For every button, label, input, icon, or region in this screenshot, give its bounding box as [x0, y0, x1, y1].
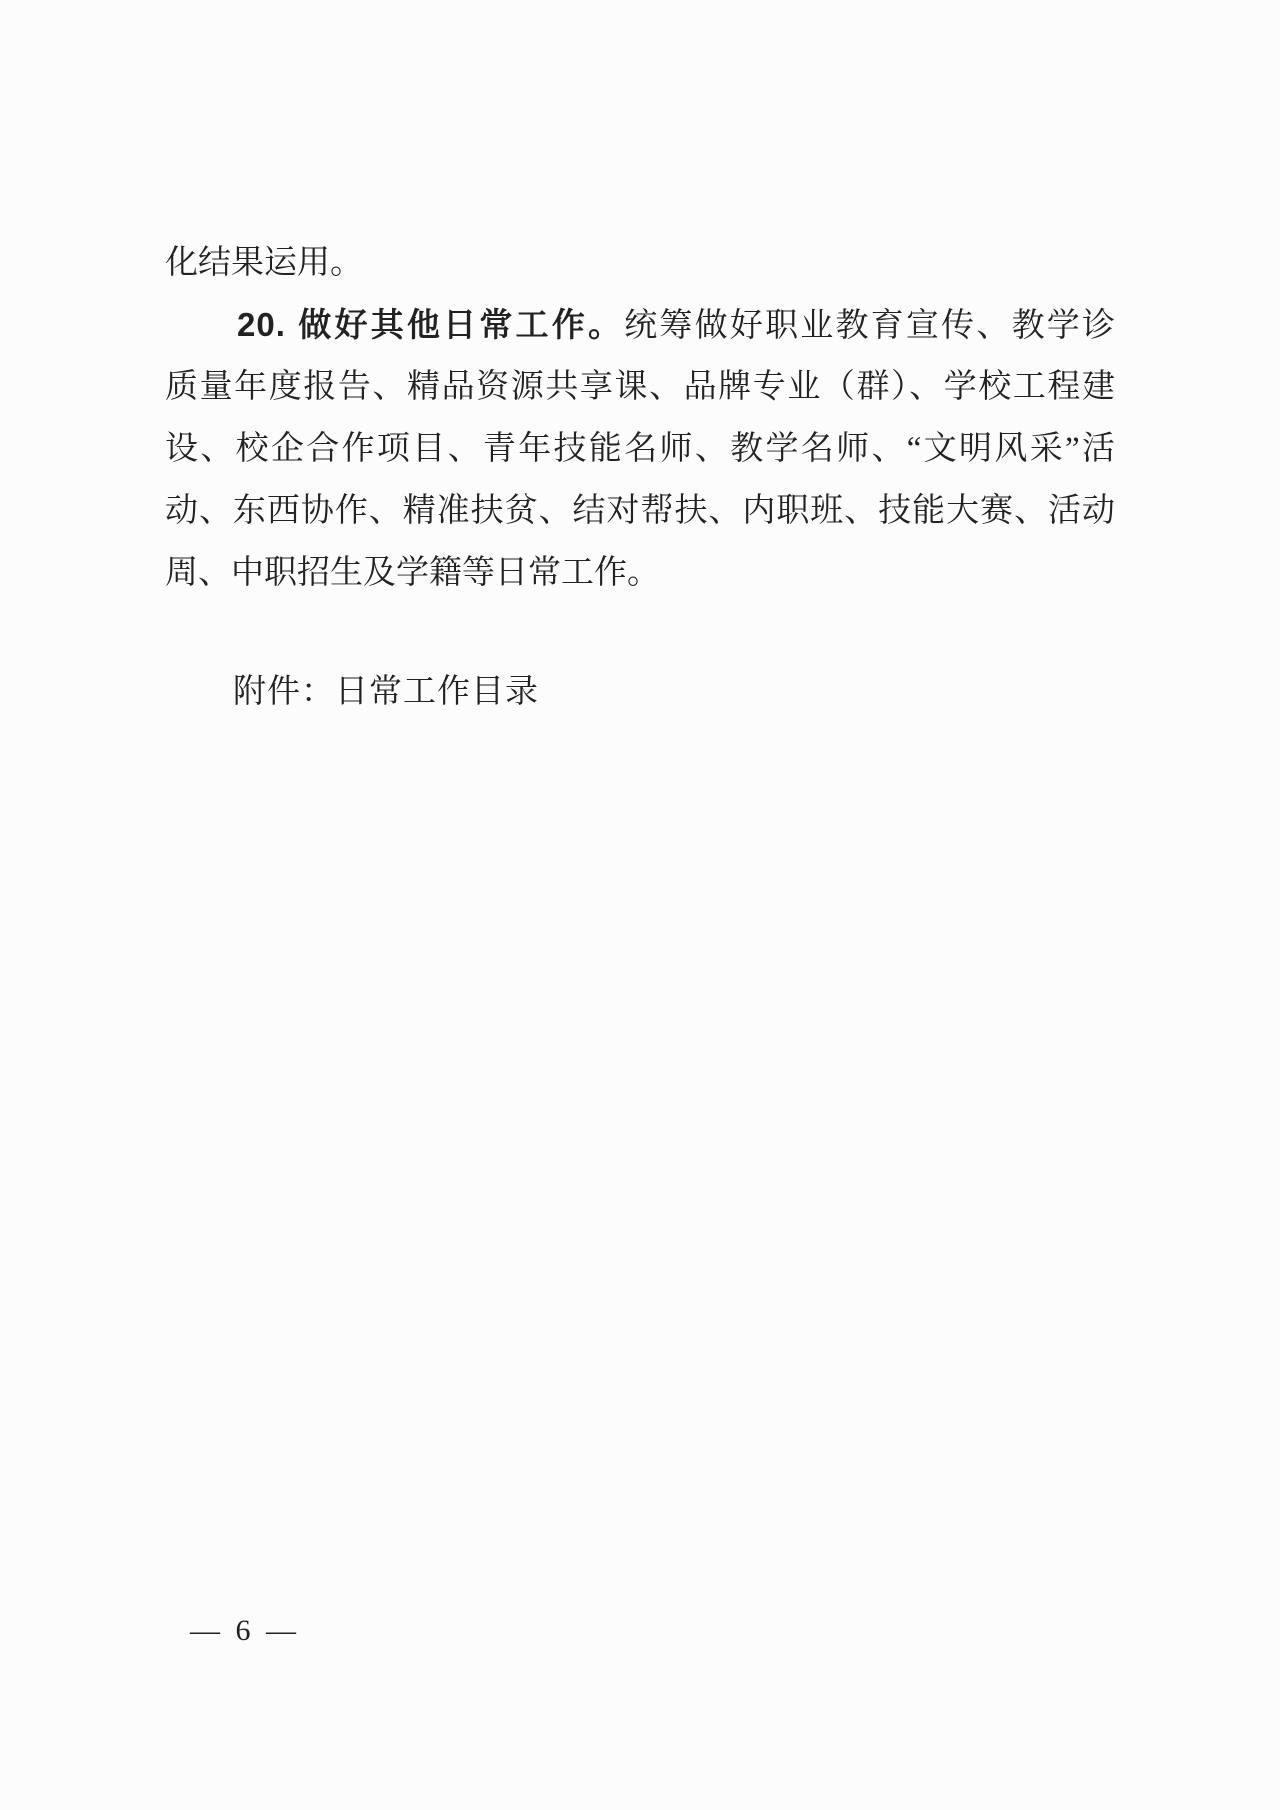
- page-number: — 6 —: [190, 1614, 300, 1648]
- document-body: 化结果运用。 20. 做好其他日常工作。统筹做好职业教育宣传、教学诊改、 质量年…: [165, 232, 1115, 604]
- document-page: 化结果运用。 20. 做好其他日常工作。统筹做好职业教育宣传、教学诊改、 质量年…: [0, 0, 1280, 1810]
- paragraph-line: 周、中职招生及学籍等日常工作。: [165, 542, 1115, 604]
- paragraph-line: 设、校企合作项目、青年技能名师、教学名师、“文明风采”活: [165, 418, 1115, 480]
- paragraph-line: 动、东西协作、精准扶贫、结对帮扶、内职班、技能大赛、活动: [165, 480, 1115, 542]
- numbered-heading-bold: 20. 做好其他日常工作。: [237, 306, 624, 343]
- attachment-reference-line: 附件：日常工作目录: [233, 672, 539, 712]
- paragraph-line: 化结果运用。: [165, 232, 1115, 294]
- paragraph-line: 20. 做好其他日常工作。统筹做好职业教育宣传、教学诊改、: [165, 294, 1115, 356]
- paragraph-line: 质量年度报告、精品资源共享课、品牌专业（群）、学校工程建: [165, 356, 1115, 418]
